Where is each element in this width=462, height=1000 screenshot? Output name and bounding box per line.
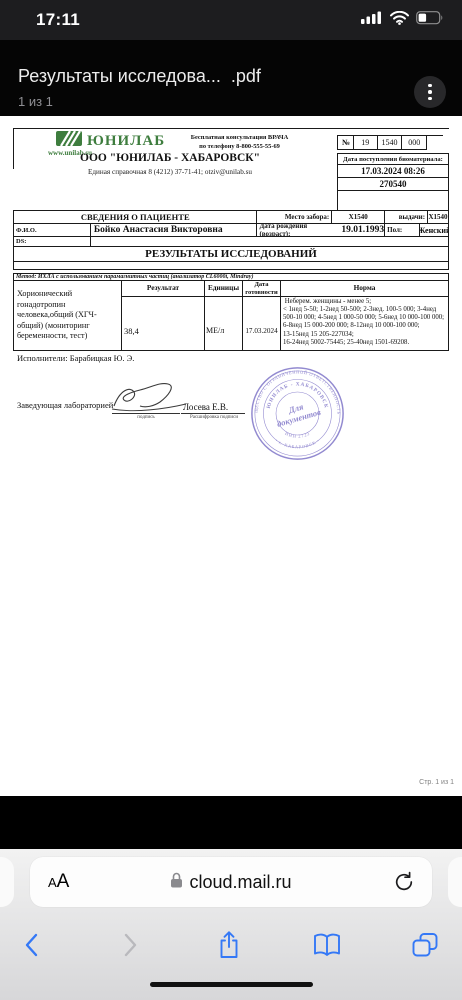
header-top-rule (13, 128, 449, 129)
birth-cell: Дата рождения (возраст):19.01.1993 (257, 224, 385, 237)
address-bar[interactable]: AA cloud.mail.ru (30, 857, 432, 907)
sex-label: Пол: (385, 224, 420, 237)
name-line (181, 413, 245, 414)
col-units: Единицы (205, 281, 243, 297)
more-menu-button[interactable] (414, 76, 446, 108)
test-name: Хорионический гонадотропин человека,общи… (14, 281, 122, 351)
order-number-box: № 19 1540 000 (337, 135, 443, 150)
order-number-part: 19 (353, 136, 378, 150)
signature-line (112, 413, 180, 414)
document-page: ЮНИЛАБ www.unilab.su Бесплатная консульт… (0, 116, 462, 796)
home-indicator[interactable] (150, 982, 313, 987)
name-caption: Расшифровка подписи (178, 415, 250, 420)
forward-button[interactable] (108, 923, 152, 967)
head-of-lab-name: Лосева Е.В. (183, 402, 245, 412)
tabs-button[interactable] (403, 923, 447, 967)
pdf-viewer-header: Результаты исследова... .pdf 1 из 1 (0, 40, 462, 116)
results-table: Метод: ИХЛА с использованием парамагнитн… (13, 273, 449, 351)
page-count: 1 из 1 (18, 94, 53, 109)
place-label: Место забора: (257, 211, 332, 224)
prev-tab-edge[interactable] (0, 857, 14, 907)
biomaterial-code: 270540 (338, 178, 449, 191)
bookmarks-button[interactable] (305, 923, 349, 967)
company-name: ООО "ЮНИЛАБ - ХАБАРОВСК" (40, 152, 300, 164)
company-hotline: Единая справочная 8 (4212) 37-71-41; otz… (40, 168, 300, 176)
order-number-part: 1540 (378, 136, 403, 150)
brand-name: ЮНИЛАБ (87, 133, 165, 150)
background-gap (0, 796, 462, 849)
order-number-part: 000 (402, 136, 427, 150)
norm-value: Неберем. женщины - менее 5; < 1нед 5-50;… (281, 297, 449, 351)
signal-icon (361, 11, 383, 30)
lab-logo-row: ЮНИЛАБ (56, 131, 165, 151)
reload-button[interactable] (390, 868, 418, 896)
col-ready-date: Дата готовности (243, 281, 281, 297)
patient-section-title: СВЕДЕНИЯ О ПАЦИЕНТЕ (14, 211, 257, 224)
ds-label: DS: (14, 237, 91, 247)
unilab-logo-icon (56, 131, 82, 151)
col-result: Результат (122, 281, 205, 297)
pdf-title: Результаты исследова... .pdf (18, 66, 261, 87)
svg-text:• г. ХАБАРОВСК •: • г. ХАБАРОВСК • (274, 438, 320, 450)
status-bar: 17:11 (0, 0, 462, 40)
head-of-lab-label: Заведующая лабораторией (17, 400, 113, 410)
battery-icon (416, 11, 444, 30)
place-value: X1540 (332, 211, 385, 224)
phone-screen: 17:11 (0, 0, 462, 1000)
url-display[interactable]: cloud.mail.ru (30, 857, 432, 907)
browser-chrome: AA cloud.mail.ru (0, 849, 462, 1000)
executors-line: Исполнители: Барабицкая Ю. Э. (17, 353, 134, 363)
wifi-icon (390, 11, 409, 30)
patient-table: СВЕДЕНИЯ О ПАЦИЕНТЕ Место забора: X1540 … (13, 210, 449, 270)
issue-value: X1540 (428, 211, 449, 224)
results-section-title: РЕЗУЛЬТАТЫ ИССЛЕДОВАНИЙ (14, 247, 449, 262)
browser-toolbar (0, 915, 462, 979)
lock-icon (170, 872, 183, 893)
consult-note: Бесплатная консультация ВРАЧА по телефон… (172, 134, 307, 151)
units-value: МЕ/л (205, 297, 243, 351)
issue-label: выдачи: (385, 211, 428, 224)
status-icons (361, 11, 444, 30)
page-footer-note: Стр. 1 из 1 (419, 779, 454, 786)
svg-text:ИНН 2723: ИНН 2723 (284, 431, 311, 439)
order-number-label: № (338, 136, 354, 150)
biomaterial-datetime: 17.03.2024 08:26 (338, 165, 449, 178)
method-note: Метод: ИХЛА с использованием парамагнитн… (14, 274, 449, 281)
col-norm: Норма (281, 281, 449, 297)
header-left-rule (13, 128, 14, 169)
signature-caption: подпись (112, 415, 180, 420)
biomaterial-box: Дата поступления биоматериала: 17.03.202… (337, 153, 449, 211)
sex-value: Женский (420, 224, 449, 237)
ready-date-value: 17.03.2024 (243, 297, 281, 351)
back-button[interactable] (10, 923, 54, 967)
fio-label: Ф.И.О. (14, 224, 91, 237)
next-tab-edge[interactable] (448, 857, 462, 907)
company-stamp: ОБЩЕСТВО С ОГРАНИЧЕННОЙ ОТВЕТСТВЕННОСТЬЮ… (250, 366, 345, 466)
biomaterial-label: Дата поступления биоматериала: (338, 154, 449, 165)
result-value: 38,4 (122, 297, 205, 351)
share-button[interactable] (207, 923, 251, 967)
clock: 17:11 (36, 10, 80, 30)
url-text: cloud.mail.ru (189, 872, 291, 893)
fio-value: Бойко Анастасия Викторовна (91, 224, 258, 237)
